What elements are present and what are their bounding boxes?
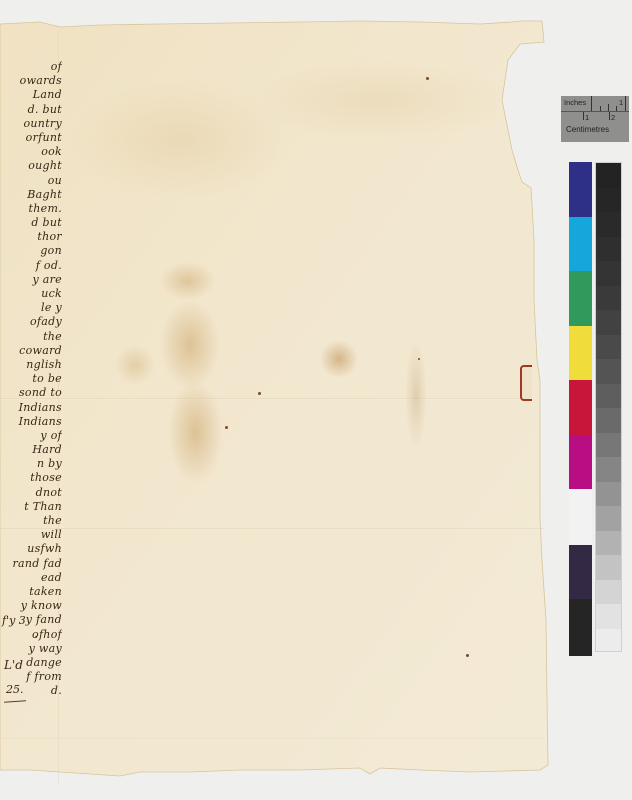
- color-patch-yellow: [569, 326, 592, 380]
- color-patch-white: [569, 489, 592, 545]
- handwriting-line: Hard: [0, 443, 62, 457]
- handwriting-line: y know: [0, 599, 62, 613]
- handwriting-line: Indians: [0, 415, 62, 429]
- handwriting-line: orfunt: [0, 131, 62, 145]
- gray-patch: [596, 482, 621, 506]
- ruler-tick: [591, 96, 592, 111]
- handwriting-line: Baght: [0, 188, 62, 202]
- color-patch-cyan: [569, 217, 592, 271]
- ruler-tick: [600, 106, 601, 111]
- gray-patch: [596, 237, 621, 261]
- inches-label: Inches: [564, 99, 586, 107]
- handwriting-line: sond to: [0, 386, 62, 400]
- ink-spot: [426, 77, 429, 80]
- handwriting-line: ought: [0, 159, 62, 173]
- handwriting-line: f od.: [0, 259, 62, 273]
- cm-tick-label: 1: [585, 114, 589, 122]
- handwriting-line: y way: [0, 642, 62, 656]
- manuscript-scan: of owards Land d. but ountry orfunt ook …: [0, 0, 632, 800]
- gray-patch: [596, 531, 621, 555]
- handwriting-column: of owards Land d. but ountry orfunt ook …: [0, 60, 62, 698]
- handwriting-line: Indians: [0, 401, 62, 415]
- ink-spot: [418, 358, 420, 360]
- handwriting-line: those: [0, 471, 62, 485]
- gray-patch: [596, 604, 621, 629]
- handwriting-line: the: [0, 514, 62, 528]
- color-patch-3color-black: [569, 545, 592, 599]
- inch-tick-label: 1: [619, 99, 623, 107]
- color-patch-black: [569, 599, 592, 656]
- handwriting-line: n by: [0, 457, 62, 471]
- handwriting-line: uck: [0, 287, 62, 301]
- gray-scale-strip: [595, 162, 622, 652]
- horizontal-fold: [0, 738, 545, 740]
- color-patch-blue: [569, 162, 592, 217]
- ruler-tick: [609, 112, 610, 120]
- gray-patch: [596, 457, 621, 482]
- closing-line: f'y 3: [2, 614, 26, 627]
- centimetres-label: Centimetres: [566, 126, 609, 134]
- handwriting-line: y are: [0, 273, 62, 287]
- gray-patch: [596, 310, 621, 335]
- color-patch-green: [569, 271, 592, 326]
- horizontal-fold: [0, 528, 545, 530]
- handwriting-line: le y: [0, 301, 62, 315]
- gray-patch: [596, 261, 621, 286]
- handwriting-line: ofhof: [0, 628, 62, 642]
- ink-spot: [258, 392, 261, 395]
- gray-patch: [596, 580, 621, 604]
- handwriting-line: d but: [0, 216, 62, 230]
- handwriting-line: taken: [0, 585, 62, 599]
- scale-ruler: Inches 1 1 2 Centimetres: [561, 96, 629, 142]
- handwriting-line: ead: [0, 571, 62, 585]
- handwriting-line: dnot: [0, 486, 62, 500]
- horizontal-fold: [0, 398, 520, 400]
- paper-sheet: [0, 0, 632, 800]
- gray-patch: [596, 384, 621, 408]
- gray-patch: [596, 359, 621, 384]
- handwriting-line: ook: [0, 145, 62, 159]
- color-patch-magenta: [569, 435, 592, 489]
- handwriting-line: owards: [0, 74, 62, 88]
- handwriting-line: ou: [0, 174, 62, 188]
- wax-seal-remnant: [520, 365, 532, 401]
- handwriting-line: t Than: [0, 500, 62, 514]
- gray-patch: [596, 555, 621, 580]
- handwriting-line: of: [0, 60, 62, 74]
- handwriting-line: rand fad: [0, 557, 62, 571]
- gray-patch: [596, 286, 621, 310]
- ruler-tick: [583, 112, 584, 120]
- ink-spot: [225, 426, 228, 429]
- ruler-tick: [616, 106, 617, 111]
- gray-patch: [596, 335, 621, 359]
- handwriting-line: the: [0, 330, 62, 344]
- color-patch-red: [569, 380, 592, 435]
- gray-patch: [596, 163, 621, 188]
- closing-signature: L'd: [4, 658, 23, 672]
- handwriting-line: Land: [0, 88, 62, 102]
- gray-patch: [596, 212, 621, 237]
- handwriting-line: thor: [0, 230, 62, 244]
- handwriting-line: d. but: [0, 103, 62, 117]
- handwriting-line: y of: [0, 429, 62, 443]
- handwriting-line: coward: [0, 344, 62, 358]
- gray-patch: [596, 408, 621, 433]
- closing-date: 25.: [6, 683, 24, 696]
- gray-patch: [596, 506, 621, 531]
- ink-spot: [466, 654, 469, 657]
- handwriting-line: nglish: [0, 358, 62, 372]
- gray-patch: [596, 188, 621, 212]
- handwriting-line: will: [0, 528, 62, 542]
- handwriting-line: gon: [0, 244, 62, 258]
- gray-patch: [596, 433, 621, 457]
- cm-tick-label: 2: [611, 114, 615, 122]
- handwriting-line: ountry: [0, 117, 62, 131]
- handwriting-line: to be: [0, 372, 62, 386]
- handwriting-line: them.: [0, 202, 62, 216]
- ruler-tick: [625, 96, 626, 111]
- color-patch-strip: [569, 162, 592, 656]
- handwriting-line: ofady: [0, 315, 62, 329]
- ruler-tick: [608, 104, 609, 111]
- handwriting-line: usfwh: [0, 542, 62, 556]
- inch-scale: Inches 1: [561, 96, 629, 112]
- gray-patch: [596, 629, 621, 651]
